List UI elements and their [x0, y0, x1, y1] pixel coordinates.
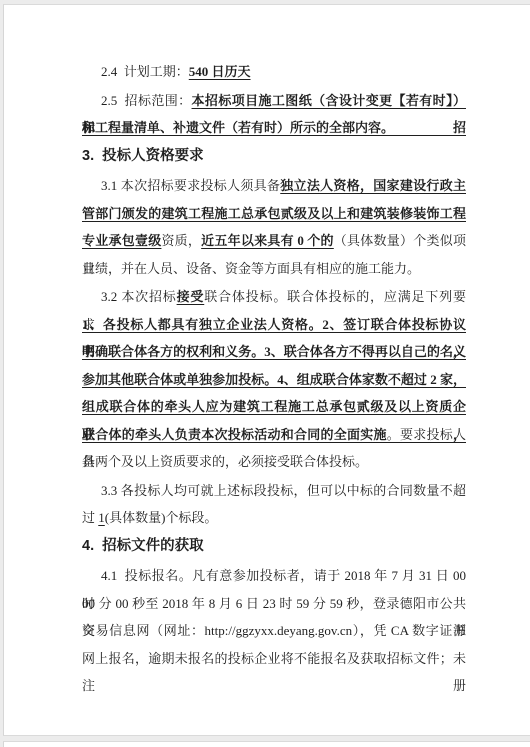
text-line: 3.3 各投标人均可就上述标段投标，但可以中标的合同数量不超: [82, 477, 466, 505]
paragraph: 4.1 投标报名。凡有意参加投标者，请于 2018 年 7 月 31 日 00 …: [82, 562, 466, 672]
emphasized-text: 标工程量清单、补遗文件（若有时）所示的全部内容。: [82, 120, 394, 135]
body-text: 资质，: [161, 233, 201, 248]
text-line: 备两个及以上资质要求的，必须接受联合体投标。: [82, 448, 466, 476]
emphasized-text: 独立法人资格，国家建设行政主: [280, 178, 466, 193]
body-text: 业绩，并在人员、设备、资金等方面具有相应的施工能力。: [82, 261, 420, 276]
emphasized-text: 管部门颁发的建筑工程施工总承包贰级及以上和建筑装修装饰工程: [82, 206, 466, 221]
text-line: 明确联合体各方的权利和义务。3、联合体各方不得再以自己的名义: [82, 338, 466, 366]
paragraph: 2.5 招标范围：本招标项目施工图纸（含设计变更【若有时】）和招标工程量清单、补…: [82, 87, 466, 142]
emphasized-text: 明确联合体各方的权利和义务。3、联合体各方不得再以自己的名义: [82, 344, 466, 359]
text-line: 专业承包壹级资质，近五年以来具有 0 个的（具体数量）个类似项目: [82, 227, 466, 255]
paragraph: 2.4 计划工期：540 日历天: [82, 58, 466, 86]
document-viewport: 2.4 计划工期：540 日历天2.5 招标范围：本招标项目施工图纸（含设计变更…: [0, 0, 530, 747]
text-line: 3. 投标人资格要求: [82, 143, 466, 171]
body-text: 交易信息网（网址：http://ggzyxx.deyang.gov.cn），凭 …: [82, 623, 466, 638]
text-line: 交易信息网（网址：http://ggzyxx.deyang.gov.cn），凭 …: [82, 617, 466, 645]
paragraph: 3.1 本次招标要求投标人须具备独立法人资格，国家建设行政主管部门颁发的建筑工程…: [82, 172, 466, 282]
emphasized-text: 联合体的牵头人负责本次投标活动和合同的全面实施: [82, 427, 387, 442]
text-line: 网上报名，逾期未报名的投标企业将不能报名及获取招标文件；未注册: [82, 645, 466, 673]
body-text: 2.5 招标范围：: [101, 93, 192, 108]
body-text: 网上报名，逾期未报名的投标企业将不能报名及获取招标文件；未注册: [82, 651, 466, 694]
emphasized-text: 540 日历天: [189, 64, 251, 79]
text-line: 组成联合体的牵头人应为建筑工程施工总承包贰级及以上资质企业，: [82, 393, 466, 421]
text-line: 3.1 本次招标要求投标人须具备独立法人资格，国家建设行政主: [82, 172, 466, 200]
text-line: 3.2 本次招标接受联合体投标。联合体投标的，应满足下列要求：: [82, 283, 466, 311]
body-text: 3.3 各投标人均可就上述标段投标，但可以中标的合同数量不超: [101, 483, 466, 498]
body-text: 3.2 本次招标: [101, 289, 177, 304]
text-line: 联合体的牵头人负责本次投标活动和合同的全面实施。要求投标人具: [82, 421, 466, 449]
section-heading: 4. 招标文件的获取: [82, 533, 466, 561]
text-line: 1、各投标人都具有独立企业法人资格。2、签订联合体投标协议书，: [82, 311, 466, 339]
document-page: 2.4 计划工期：540 日历天2.5 招标范围：本招标项目施工图纸（含设计变更…: [3, 4, 530, 736]
body-text: 过: [82, 510, 98, 525]
emphasized-text: 接受: [177, 289, 205, 304]
paragraph: 3.2 本次招标接受联合体投标。联合体投标的，应满足下列要求：1、各投标人都具有…: [82, 283, 466, 476]
text-line: 4.1 投标报名。凡有意参加投标者，请于 2018 年 7 月 31 日 00 …: [82, 562, 466, 590]
body-text: 备两个及以上资质要求的，必须接受联合体投标。: [82, 454, 368, 469]
text-line: 过 1(具体数量)个标段。: [82, 504, 466, 532]
text-line: 参加其他联合体或单独参加投标。4、组成联合体家数不超过 2 家，: [82, 366, 466, 394]
body-text: 3. 投标人资格要求: [82, 148, 204, 164]
body-text: 3.1 本次招标要求投标人须具备: [101, 178, 280, 193]
text-line: 业绩，并在人员、设备、资金等方面具有相应的施工能力。: [82, 255, 466, 283]
emphasized-text: 专业承包壹级: [82, 233, 161, 248]
document-content: 2.4 计划工期：540 日历天2.5 招标范围：本招标项目施工图纸（含设计变更…: [82, 58, 466, 673]
paragraph: 3.3 各投标人均可就上述标段投标，但可以中标的合同数量不超过 1(具体数量)个…: [82, 477, 466, 532]
text-line: 4. 招标文件的获取: [82, 533, 466, 561]
emphasized-text: 近五年以来具有 0 个的: [201, 233, 334, 248]
body-text: (具体数量)个标段。: [105, 510, 218, 525]
text-line: 2.5 招标范围：本招标项目施工图纸（含设计变更【若有时】）和招: [82, 87, 466, 115]
text-line: 管部门颁发的建筑工程施工总承包贰级及以上和建筑装修装饰工程: [82, 200, 466, 228]
section-heading: 3. 投标人资格要求: [82, 143, 466, 171]
next-page-top-edge: [3, 741, 530, 747]
body-text: 4. 招标文件的获取: [82, 538, 204, 554]
text-line: 2.4 计划工期：540 日历天: [82, 58, 466, 86]
emphasized-text: 参加其他联合体或单独参加投标。4、组成联合体家数不超过 2 家，: [82, 372, 466, 387]
body-text: 2.4 计划工期：: [101, 64, 189, 79]
text-line: 00 分 00 秒至 2018 年 8 月 6 日 23 时 59 分 59 秒…: [82, 590, 466, 618]
